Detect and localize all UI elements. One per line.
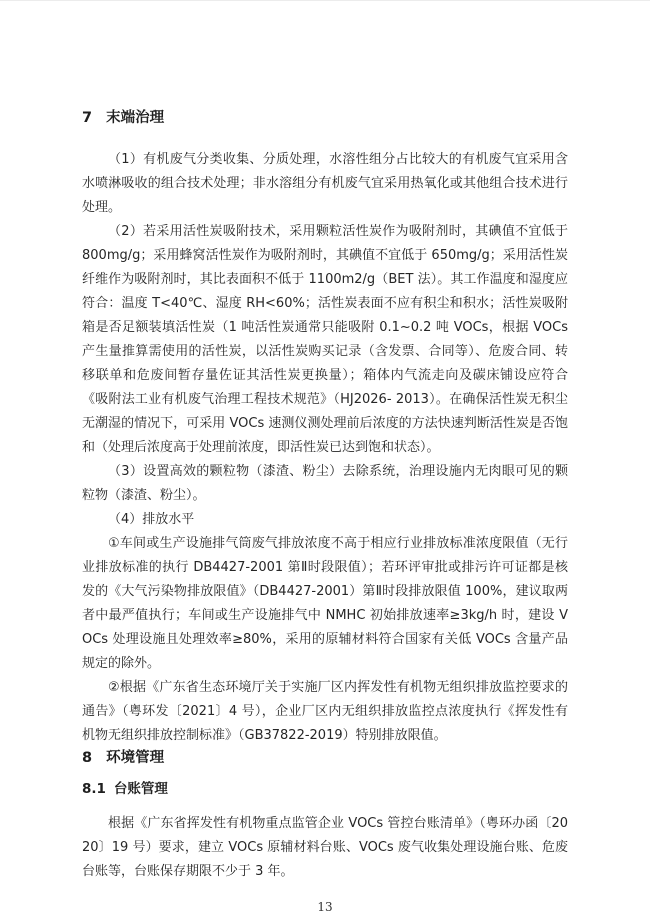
paragraph-stack-emission-limits: ①车间或生产设施排气筒废气排放浓度不高于相应行业排放标准浓度限值（无行业排放标准… [82, 532, 568, 676]
section-8-heading: 8环境管理 [82, 748, 568, 768]
section-8-1-number: 8.1 [82, 779, 106, 799]
paragraph-fugitive-emission-limits: ②根据《广东省生态环境厅关于实施厂区内挥发性有机物无组织排放监控要求的通告》（粤… [82, 676, 568, 748]
page-number: 13 [82, 898, 568, 916]
document-page: 7末端治理 （1）有机废气分类收集、分质处理，水溶性组分占比较大的有机废气宜采用… [0, 0, 650, 919]
section-8-1-heading: 8.1台账管理 [82, 779, 568, 799]
paragraph-ledger-management: 根据《广东省挥发性有机物重点监管企业 VOCs 管控台账清单》（粤环办函〔202… [82, 812, 568, 884]
section-7-title: 末端治理 [106, 110, 164, 126]
section-8-title: 环境管理 [106, 750, 164, 766]
paragraph-particulate-removal: （3）设置高效的颗粒物（漆渣、粉尘）去除系统，治理设施内无肉眼可见的颗粒物（漆渣… [82, 460, 568, 508]
section-7-number: 7 [82, 108, 92, 128]
section-8-1-title: 台账管理 [114, 781, 168, 797]
section-8-number: 8 [82, 748, 92, 768]
section-7-heading: 7末端治理 [82, 108, 568, 128]
paragraph-activated-carbon: （2）若采用活性炭吸附技术，采用颗粒活性炭作为吸附剂时，其碘值不宜低于 800m… [82, 220, 568, 460]
paragraph-emission-level: （4）排放水平 [82, 508, 568, 532]
paragraph-collection-classification: （1）有机废气分类收集、分质处理，水溶性组分占比较大的有机废气宜采用含水喷淋吸收… [82, 148, 568, 220]
